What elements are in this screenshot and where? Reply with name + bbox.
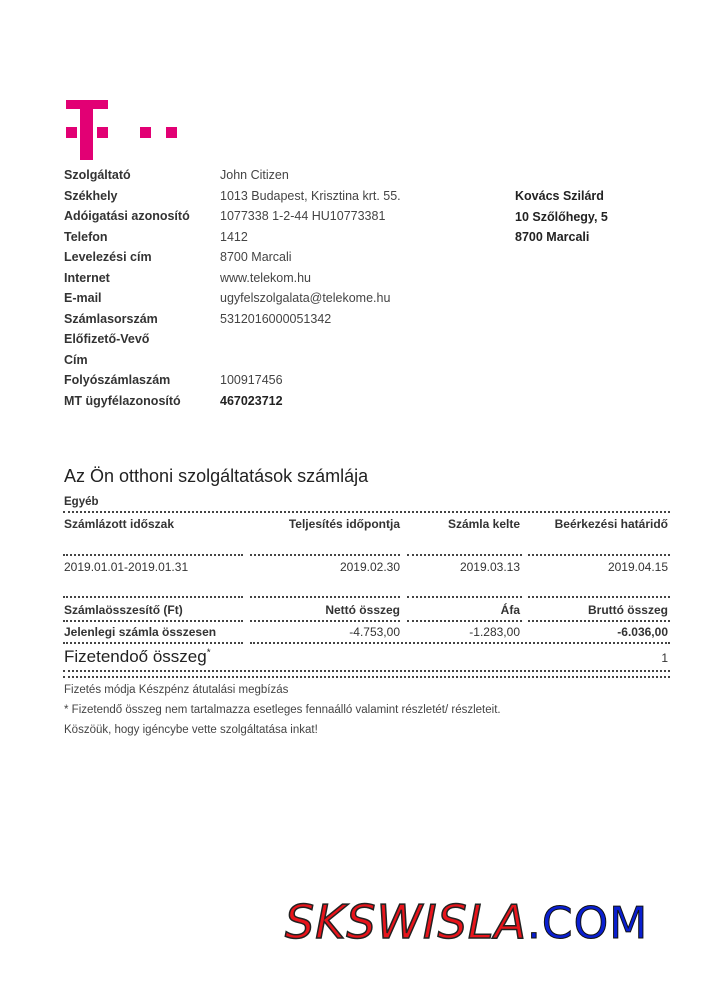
info-row: Internetwww.telekom.hu bbox=[64, 268, 401, 289]
payable-asterisk: * bbox=[207, 647, 211, 658]
info-label: E-mail bbox=[64, 288, 220, 309]
info-row: Levelezési cím8700 Marcali bbox=[64, 247, 401, 268]
info-value: www.telekom.hu bbox=[220, 268, 311, 289]
logo-dot bbox=[97, 127, 108, 138]
info-label: Előfizető-Vevő bbox=[64, 329, 220, 350]
info-label: Folyószámlaszám bbox=[64, 370, 220, 391]
info-value: 100917456 bbox=[220, 370, 283, 391]
info-value: 8700 Marcali bbox=[220, 247, 292, 268]
divider bbox=[250, 642, 670, 644]
info-row: Számlasorszám5312016000051342 bbox=[64, 309, 401, 330]
info-label: MT ügyfélazonosító bbox=[64, 391, 220, 412]
divider bbox=[63, 670, 670, 672]
bill-subtitle: Egyéb bbox=[64, 496, 99, 508]
summary-header: Áfa bbox=[410, 603, 520, 617]
period-value: 2019.03.13 bbox=[410, 560, 520, 574]
info-row: Cím bbox=[64, 350, 401, 371]
payable-label: Fizetendoő összeg* bbox=[64, 647, 211, 667]
thanks-text: Köszöük, hogy igéncybe vette szolgáltatá… bbox=[64, 724, 318, 736]
summary-header: Számlaösszesítő (Ft) bbox=[64, 603, 183, 617]
divider bbox=[250, 554, 400, 556]
info-label: Számlasorszám bbox=[64, 309, 220, 330]
period-value: 2019.04.15 bbox=[530, 560, 668, 574]
period-value: 2019.02.30 bbox=[250, 560, 400, 574]
recipient-name: Kovács Szilárd bbox=[515, 186, 608, 207]
payable-label-text: Fizetendoő összeg bbox=[64, 647, 207, 666]
info-row: Előfizető-Vevő bbox=[64, 329, 401, 350]
watermark-main: SKSWISLA bbox=[285, 895, 527, 949]
period-header: Beérkezési határidő bbox=[530, 517, 668, 531]
info-label: Levelezési cím bbox=[64, 247, 220, 268]
period-header: Számlázott időszak bbox=[64, 517, 174, 531]
recipient-address: Kovács Szilárd 10 Szőlőhegy, 5 8700 Marc… bbox=[515, 186, 608, 248]
watermark: SKSWISLA.COM bbox=[285, 895, 648, 949]
divider bbox=[250, 620, 400, 622]
summary-value: Jelenlegi számla összesen bbox=[64, 625, 216, 639]
divider bbox=[63, 511, 670, 513]
logo-dot bbox=[66, 127, 77, 138]
logo-dot bbox=[166, 127, 177, 138]
summary-header: Nettó összeg bbox=[250, 603, 400, 617]
telekom-logo bbox=[66, 100, 186, 162]
divider bbox=[407, 554, 522, 556]
info-label: Internet bbox=[64, 268, 220, 289]
period-header: Számla kelte bbox=[410, 517, 520, 531]
divider bbox=[63, 620, 243, 622]
payable-value: 1 bbox=[530, 651, 668, 665]
info-value: 1013 Budapest, Krisztina krt. 55. bbox=[220, 186, 401, 207]
footnote: * Fizetendő összeg nem tartalmazza esetl… bbox=[64, 704, 501, 716]
provider-info: SzolgáltatóJohn Citizen Székhely1013 Bud… bbox=[64, 165, 401, 411]
info-row: Székhely1013 Budapest, Krisztina krt. 55… bbox=[64, 186, 401, 207]
logo-dot bbox=[140, 127, 151, 138]
bill-title: Az Ön otthoni szolgáltatások számlája bbox=[64, 466, 368, 487]
info-value: 1412 bbox=[220, 227, 248, 248]
divider bbox=[407, 596, 522, 598]
info-row: Folyószámlaszám100917456 bbox=[64, 370, 401, 391]
info-value: 5312016000051342 bbox=[220, 309, 331, 330]
info-label: Cím bbox=[64, 350, 220, 371]
info-row: E-mailugyfelszolgalata@telekome.hu bbox=[64, 288, 401, 309]
info-label: Adóigatási azonosító bbox=[64, 206, 220, 227]
period-header: Teljesítés időpontja bbox=[250, 517, 400, 531]
summary-value: -4.753,00 bbox=[250, 625, 400, 639]
info-label: Telefon bbox=[64, 227, 220, 248]
info-label: Szolgáltató bbox=[64, 165, 220, 186]
summary-value: -1.283,00 bbox=[410, 625, 520, 639]
recipient-city: 8700 Marcali bbox=[515, 227, 608, 248]
info-row: Adóigatási azonosító1077338 1-2-44 HU107… bbox=[64, 206, 401, 227]
divider bbox=[250, 596, 400, 598]
info-value: 467023712 bbox=[220, 391, 283, 412]
period-value: 2019.01.01-2019.01.31 bbox=[64, 560, 188, 574]
divider bbox=[528, 620, 670, 622]
divider bbox=[528, 596, 670, 598]
logo-t-stem bbox=[80, 100, 93, 160]
info-row: Telefon1412 bbox=[64, 227, 401, 248]
summary-header: Bruttó összeg bbox=[530, 603, 668, 617]
divider bbox=[63, 554, 243, 556]
info-value: 1077338 1-2-44 HU10773381 bbox=[220, 206, 385, 227]
info-row: MT ügyfélazonosító467023712 bbox=[64, 391, 401, 412]
watermark-tld: COM bbox=[542, 898, 648, 949]
divider bbox=[407, 620, 522, 622]
info-value: John Citizen bbox=[220, 165, 289, 186]
info-value: ugyfelszolgalata@telekome.hu bbox=[220, 288, 390, 309]
info-label: Székhely bbox=[64, 186, 220, 207]
payment-method: Fizetés módja Készpénz átutalási megbízá… bbox=[64, 684, 288, 696]
divider bbox=[63, 642, 243, 644]
watermark-dot: . bbox=[527, 898, 542, 949]
recipient-street: 10 Szőlőhegy, 5 bbox=[515, 207, 608, 228]
summary-value: -6.036,00 bbox=[530, 625, 668, 639]
info-row: SzolgáltatóJohn Citizen bbox=[64, 165, 401, 186]
divider bbox=[63, 596, 243, 598]
divider bbox=[528, 554, 670, 556]
divider bbox=[63, 676, 670, 678]
